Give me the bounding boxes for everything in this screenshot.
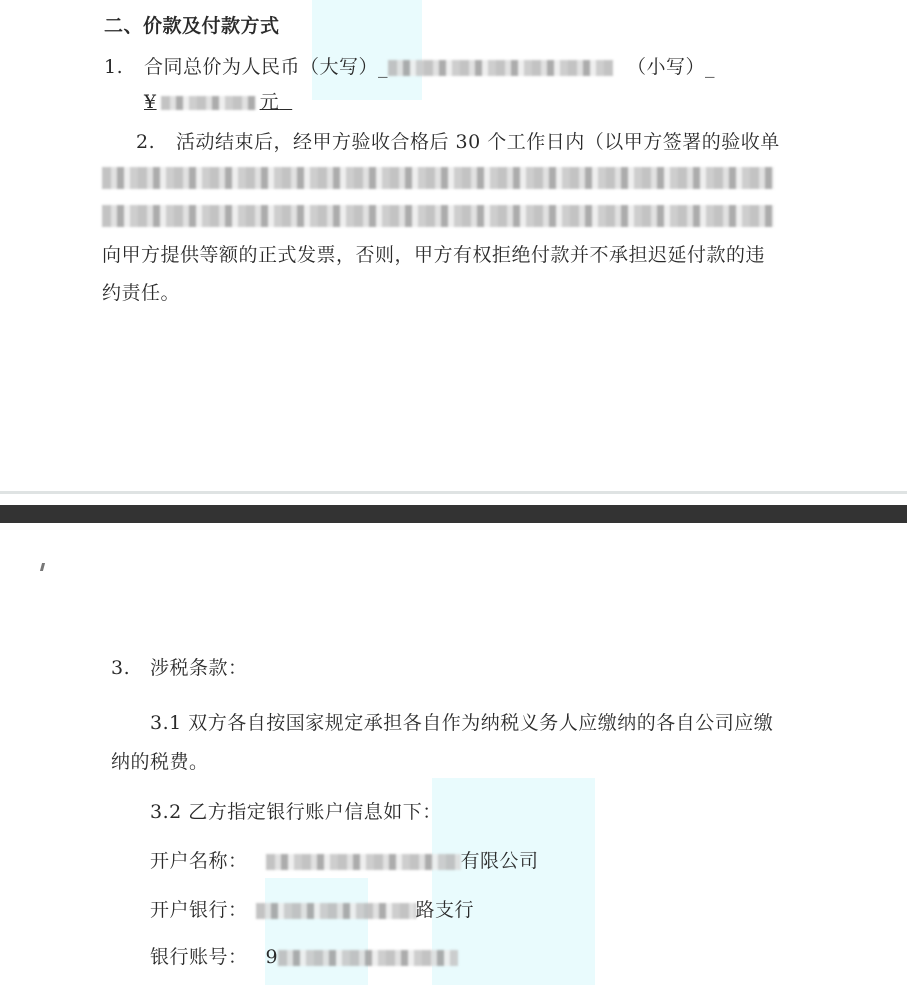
item-1-label: 合同总价为人民币（大写）_ xyxy=(144,56,388,78)
currency-unit: 元 xyxy=(260,91,280,113)
document-page-2: 3. 涉税条款： 3.1 双方各自按国家规定承担各自作为纳税义务人应缴纳的各自公… xyxy=(0,523,907,985)
page-separator xyxy=(0,505,907,523)
account-name-row: 开户名称：有限公司 xyxy=(150,849,539,873)
item-1-text: 合同总价为人民币（大写）_（小写）_ xyxy=(144,55,715,79)
redacted-account-name xyxy=(266,854,461,870)
section-heading: 二、价款及付款方式 xyxy=(104,14,280,38)
redacted-amount-number xyxy=(161,96,256,110)
account-number-row: 银行账号：9 xyxy=(150,945,458,969)
redacted-bank-name xyxy=(256,903,416,919)
page-edge xyxy=(0,491,907,494)
redacted-line xyxy=(102,167,774,189)
item-2-line-1: 活动结束后，经甲方验收合格后 30 个工作日内（以甲方签署的验收单 xyxy=(176,130,780,154)
account-name-label: 开户名称： xyxy=(150,850,248,872)
item-3-number: 3. xyxy=(111,656,130,680)
document-page-1: 二、价款及付款方式 1. 合同总价为人民币（大写）_（小写）_ ¥元 2. 活动… xyxy=(0,0,907,493)
clause-3-1-line-1: 3.1 双方各自按国家规定承担各自作为纳税义务人应缴纳的各自公司应缴 xyxy=(150,711,773,735)
clause-3-1-line-2: 纳的税费。 xyxy=(111,750,209,774)
item-2-line-5: 约责任。 xyxy=(102,281,180,305)
item-3-title: 涉税条款： xyxy=(150,656,248,680)
bank-label: 开户银行： xyxy=(150,899,248,921)
account-number-label: 银行账号： xyxy=(150,946,248,968)
item-1-small-label: （小写）_ xyxy=(627,56,715,78)
scan-mark xyxy=(40,563,45,571)
currency-symbol: ¥ xyxy=(144,91,157,113)
clause-3-2-title: 3.2 乙方指定银行账户信息如下： xyxy=(150,800,442,824)
item-1-number: 1. xyxy=(104,55,123,79)
item-2-line-4: 向甲方提供等额的正式发票，否则，甲方有权拒绝付款并不承担迟延付款的违 xyxy=(102,243,765,267)
account-number-prefix: 9 xyxy=(266,946,279,968)
account-name-suffix: 有限公司 xyxy=(461,850,539,872)
item-1-amount: ¥元 xyxy=(144,90,292,114)
bank-row: 开户银行：路支行 xyxy=(150,898,474,922)
bank-suffix: 路支行 xyxy=(416,899,475,921)
redacted-account-number xyxy=(278,950,458,966)
redacted-line xyxy=(102,205,774,227)
redacted-amount-uppercase xyxy=(388,60,613,76)
scan-tint xyxy=(312,0,422,100)
item-2-number: 2. xyxy=(136,130,155,154)
